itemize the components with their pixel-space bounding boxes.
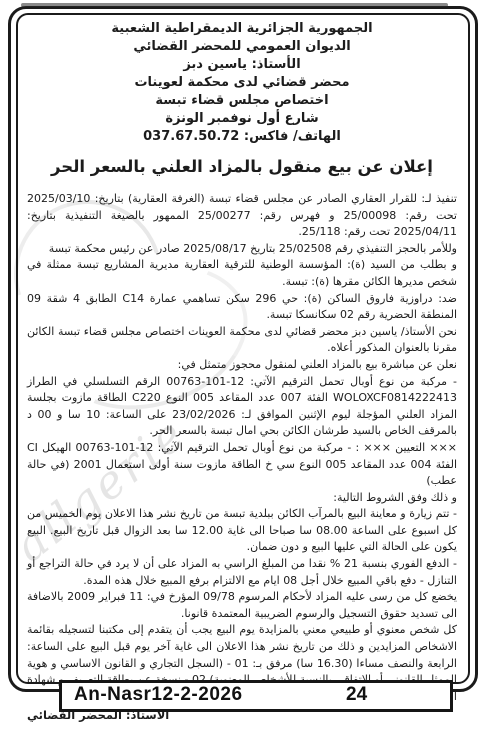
body-paragraph: - مركبة من نوع أوبال تحمل الترقيم الآتي:…: [27, 374, 457, 440]
header-republic: الجمهورية الجزائرية الديمقراطية الشعبية: [27, 20, 457, 38]
header-office: الديوان العمومي للمحضر القضائي: [27, 38, 457, 56]
body-paragraph: - الدفع الفوري بنسبة 21 % نقدا من المبلغ…: [27, 556, 457, 589]
newspaper-footer-bar: An-Nasr12-2-2026 24: [59, 680, 453, 712]
page-number: 24: [346, 684, 367, 706]
document-content: الجمهورية الجزائرية الديمقراطية الشعبية …: [27, 20, 457, 678]
header-bailiff-role: محضر قضائي لدى محكمة لعوينات: [27, 74, 457, 92]
header-address: شارع أول نوفمبر الونزة: [27, 110, 457, 128]
newspaper-name-date: An-Nasr12-2-2026: [74, 684, 243, 706]
body-paragraph: نحن الأستاذ/ ياسين دبز محضر قضائي لدى مح…: [27, 324, 457, 357]
body-paragraph: نعلن عن مباشرة بيع بالمزاد العلني لمنقول…: [27, 357, 457, 374]
header-phone-fax: الهاتف/ فاكس: 037.67.50.72: [27, 128, 457, 146]
header-jurisdiction: اختصاص مجلس قضاء تبسة: [27, 92, 457, 110]
scanned-legal-notice: { "colors": { "ink": "#1c1c1c", "paper":…: [0, 0, 488, 746]
body-paragraph: و بطلب من السيد (ة): المؤسسة الوطنية للت…: [27, 257, 457, 290]
body-paragraph: ضد: دراوزية فاروق الساكن (ة): حي 296 سكن…: [27, 291, 457, 324]
body-paragraph: ××× التعيين ××× : - مركبة من نوع أوبال ت…: [27, 440, 457, 490]
header-bailiff-name: الأستاذ: ياسين دبز: [27, 56, 457, 74]
body-paragraph: و ذلك وفق الشروط التالية:: [27, 490, 457, 507]
body-paragraph: - تتم زيارة و معاينة البيع بالمرآب الكائ…: [27, 506, 457, 556]
body-paragraph: تنفيذ لـ: للقرار العقاري الصادر عن مجلس …: [27, 191, 457, 241]
body-paragraph: يخضع كل من رسى عليه المزاد لأحكام المرسو…: [27, 589, 457, 622]
document-title: إعلان عن بيع منقول بالمزاد العلني بالسعر…: [27, 156, 457, 178]
body-paragraph: وللأمر بالحجز التنفيذي رقم 25/02508 بتار…: [27, 241, 457, 258]
